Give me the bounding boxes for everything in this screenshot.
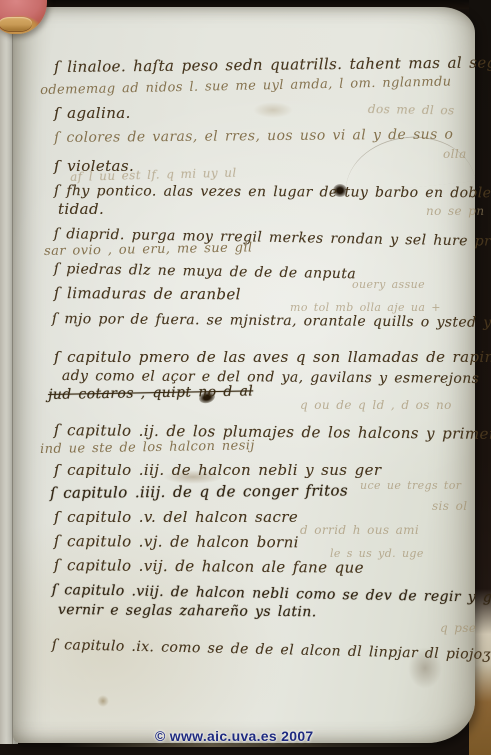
manuscript-line: sar ovio , ou eru, me sue gil [44,241,253,258]
manuscript-line: le s us yd. uge [330,548,424,559]
manuscript-line: tidad. [58,202,104,217]
manuscript-line: ſ capitulo .vij. de halcon ale fane que [54,558,364,576]
manuscript-line: sis ol [432,500,467,512]
manuscript-line: ſ linaloe. haſta peso sedn quatrills. ta… [54,55,491,75]
manuscript-lines: ſ linaloe. haſta peso sedn quatrills. ta… [0,0,491,755]
manuscript-line: ſ capitulo .v. del halcon sacre [54,510,298,525]
manuscript-line: ind ue ste de los halcon nesij [40,439,255,456]
manuscript-line: mo tol mb olla aje ua + [290,302,441,313]
manuscript-line: vernir e seglas zahareño ys latin. [58,603,317,619]
manuscript-line: odememag ad nidos l. sue me uyl amda, l … [40,75,452,97]
manuscript-line: ſ mjo por de fuera. se mjnistra, orantal… [52,312,491,330]
manuscript-line: ſ limaduras de aranbel [54,286,241,302]
copyright-watermark: © www.aic.uva.es 2007 [155,728,314,744]
manuscript-line: ſ agalina. [54,106,131,121]
manuscript-line: ſ capitulo .ij. de los plumajes de los h… [54,423,491,442]
manuscript-line: ſ fhy pontico. alas vezes en lugar de tu… [54,184,491,200]
manuscript-line: ſ capitulo pmero de las aves q son llama… [54,350,491,365]
manuscript-line: ouery assue [352,279,425,290]
manuscript-line: dos me dl os [368,103,455,117]
manuscript-line: jud cotaros , quipt no d al [48,384,253,402]
manuscript-line: ſ capitulo .vj. de halcon borni [54,534,299,550]
manuscript-line: q ou de q ld , d os no [300,399,452,411]
fingernail [0,17,32,31]
manuscript-line: uce ue tregs tor [360,480,461,491]
manuscript-line: ſ capitulo .iij. de halcon nebli y sus g… [54,463,381,478]
manuscript-line: q pse [440,622,476,634]
manuscript-photo: ſ linaloe. haſta peso sedn quatrills. ta… [0,0,491,755]
manuscript-line: af l uu est lf. q mi uy ul [70,167,237,183]
manuscript-line: ſ colores de varas, el rres, uos uso vi … [54,128,453,145]
manuscript-line: ſ capitulo .iiij. de q de conger fritos [50,483,348,501]
manuscript-line: d orrid h ous ami [300,524,419,536]
manuscript-line: ady como el açor e del ond ya, gavilans … [62,369,479,386]
manuscript-line: ſ piedras dlz ne muya de de de anputa [54,262,356,281]
manuscript-line: olla [443,148,467,160]
manuscript-line: no se pn [426,205,484,217]
manuscript-line: ſ capitulo .ix. como se de de el alcon d… [52,638,491,662]
